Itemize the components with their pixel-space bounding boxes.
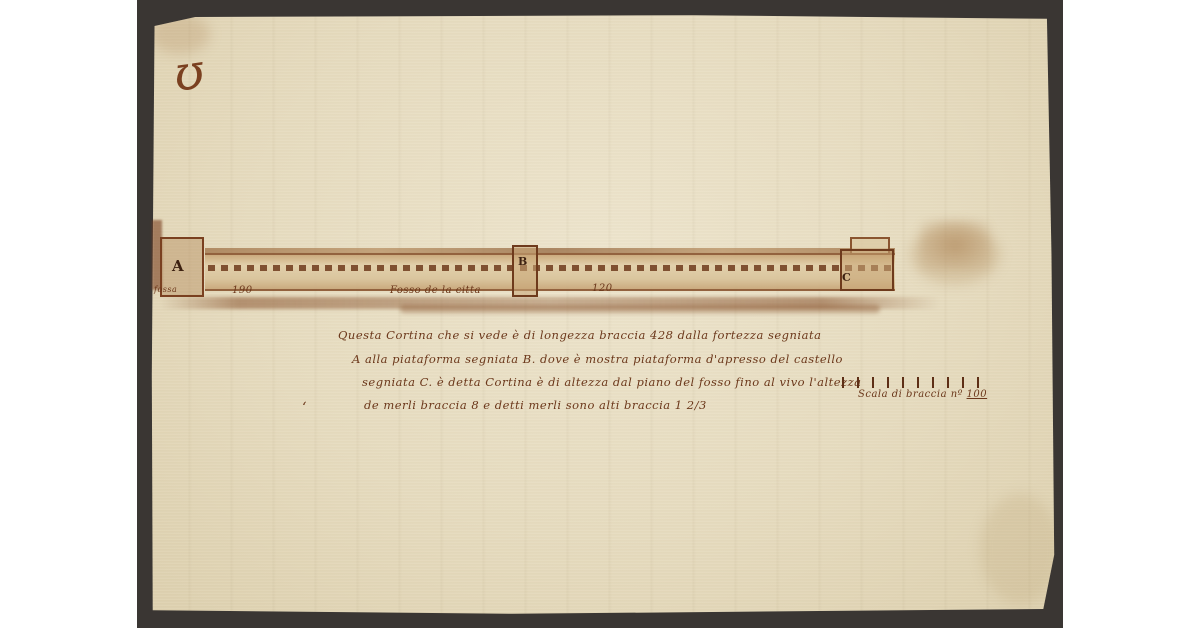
note-fossa: fossa [154,285,177,294]
number-190: 190 [232,285,253,296]
ink-blot: ʻ [302,400,307,416]
number-120: 120 [592,283,613,294]
platform-b [512,245,538,297]
scale-tick [887,377,889,388]
scale-tick [932,377,934,388]
scale-tick [962,377,964,388]
scale-tick [902,377,904,388]
scale-label-value: 100 [967,389,988,400]
curtain-wall-drawing: A B C fossa 190 Fosso de la citta 120 [150,215,950,325]
inscription-line-3: segniata C. è detta Cortina è di altezza… [362,375,862,389]
inscription-line-1: Questa Cortina che si vede è di longezza… [338,328,821,342]
inscription-line-2: A alla piataforma segniata B. dove è mos… [352,352,843,366]
scale-tick [872,377,874,388]
scale-tick [977,377,979,388]
castle-platform-c [840,249,894,291]
scale-tick [917,377,919,388]
label-a: A [172,257,184,275]
curtain-wall [205,253,895,291]
ditch-wash-lower [400,305,880,313]
scale-label-prefix: Scala di braccia nº [858,389,963,400]
label-b: B [518,255,527,268]
wall-merlons [208,265,893,271]
scale-tick [947,377,949,388]
ditch-label: Fosso de la citta [390,285,481,296]
scale-tick [842,377,844,388]
inscription-line-4: de merli braccia 8 e detti merli sono al… [364,398,707,412]
ink-wash-smudge [920,220,990,270]
label-c: C [842,271,851,284]
scale-tick [857,377,859,388]
scale-label: Scala di braccia nº 100 [858,389,987,400]
